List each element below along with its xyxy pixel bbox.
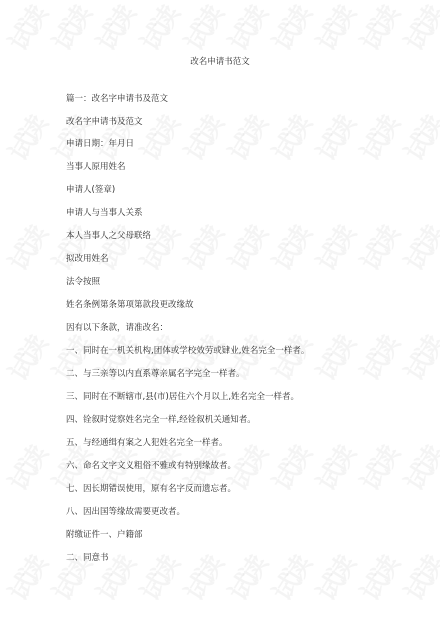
document-title: 改名申请书范文 xyxy=(0,55,440,67)
paragraph-line: 法令按照 xyxy=(66,277,100,288)
paragraph-line: 申请日期：年月日 xyxy=(66,139,134,150)
list-item: 四、铨叙时觉察姓名完全一样,经铨叙机关通知者。 xyxy=(66,415,256,426)
paragraph-line: 篇一：改名字申请书及范文 xyxy=(66,94,168,105)
paragraph-line: 姓名条例第条第项第款段更改缘故 xyxy=(66,300,194,311)
document-page: 改名申请书范文 篇一：改名字申请书及范文 改名字申请书及范文 申请日期：年月日 … xyxy=(0,0,440,620)
list-item: 一、同时在一机关机构,团体或学校效劳或肄业,姓名完全一样者。 xyxy=(66,346,309,357)
attachment-line: 附缴证件一、户籍部 xyxy=(66,530,143,541)
paragraph-line: 因有以下条款，请准改名： xyxy=(66,323,168,334)
paragraph-line: 拟改用姓名 xyxy=(66,254,109,265)
paragraph-line: 申请人(签章) xyxy=(66,185,115,196)
list-item: 八、因出国等缘故需要更改者。 xyxy=(66,507,185,518)
paragraph-line: 申请人与当事人关系 xyxy=(66,208,143,219)
list-item: 二、与三亲等以内直系尊亲属名字完全一样者。 xyxy=(66,369,245,380)
list-item: 三、同时在不断辖市,县(市)居住六个月以上,姓名完全一样者。 xyxy=(66,392,299,403)
list-item: 七、因长期错误使用，原有名字反而遗忘者。 xyxy=(66,484,236,495)
attachment-line: 二、同意书 xyxy=(66,553,109,564)
paragraph-line: 改名字申请书及范文 xyxy=(66,117,143,128)
paragraph-line: 本人当事人之父母联络 xyxy=(66,231,151,242)
list-item: 六、命名文字文义粗俗不雅或有特别缘故者。 xyxy=(66,461,236,472)
list-item: 五、与经通缉有案之人犯姓名完全一样者。 xyxy=(66,438,228,449)
paragraph-line: 当事人原用姓名 xyxy=(66,162,126,173)
